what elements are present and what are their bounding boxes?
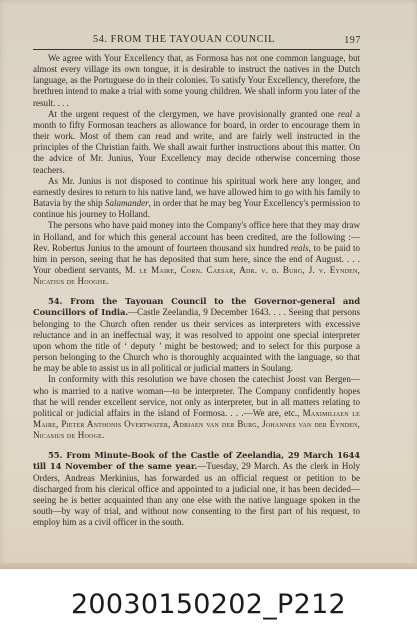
section-gap: [33, 441, 360, 450]
italic-term: real: [338, 109, 352, 119]
italic-term: reals: [291, 243, 309, 253]
ship-name: Salamander: [105, 198, 149, 208]
paragraph-payments: The persons who have paid money into the…: [33, 220, 360, 287]
section-55: 55. From Minute-Book of the Castle of Ze…: [33, 450, 360, 528]
paragraph-teachers-allowance: At the urgent request of the clergymen, …: [33, 109, 360, 176]
page-number: 197: [344, 35, 361, 46]
image-caption: 20030150202_P212: [0, 569, 417, 640]
paragraph-text: At the urgent request of the clergymen, …: [48, 109, 338, 119]
paragraph-junius-return: As Mr. Junius is not disposed to continu…: [33, 176, 360, 221]
paragraph-common-language: We agree with Your Excellency that, as F…: [33, 53, 360, 109]
running-head: 54. FROM THE TAYOUAN COUNCIL 197: [33, 32, 360, 48]
header-rule: [33, 49, 360, 50]
running-head-title: 54. FROM THE TAYOUAN COUNCIL: [93, 34, 275, 45]
section-54: 54. From the Tayouan Council to the Gove…: [33, 296, 360, 374]
book-page: 54. FROM THE TAYOUAN COUNCIL 197 We agre…: [33, 32, 360, 528]
paragraph-text: We agree with Your Excellency that, as F…: [33, 53, 360, 108]
section-gap: [33, 287, 360, 296]
section-54-paragraph-2: In conformity with this resolution we ha…: [33, 374, 360, 441]
